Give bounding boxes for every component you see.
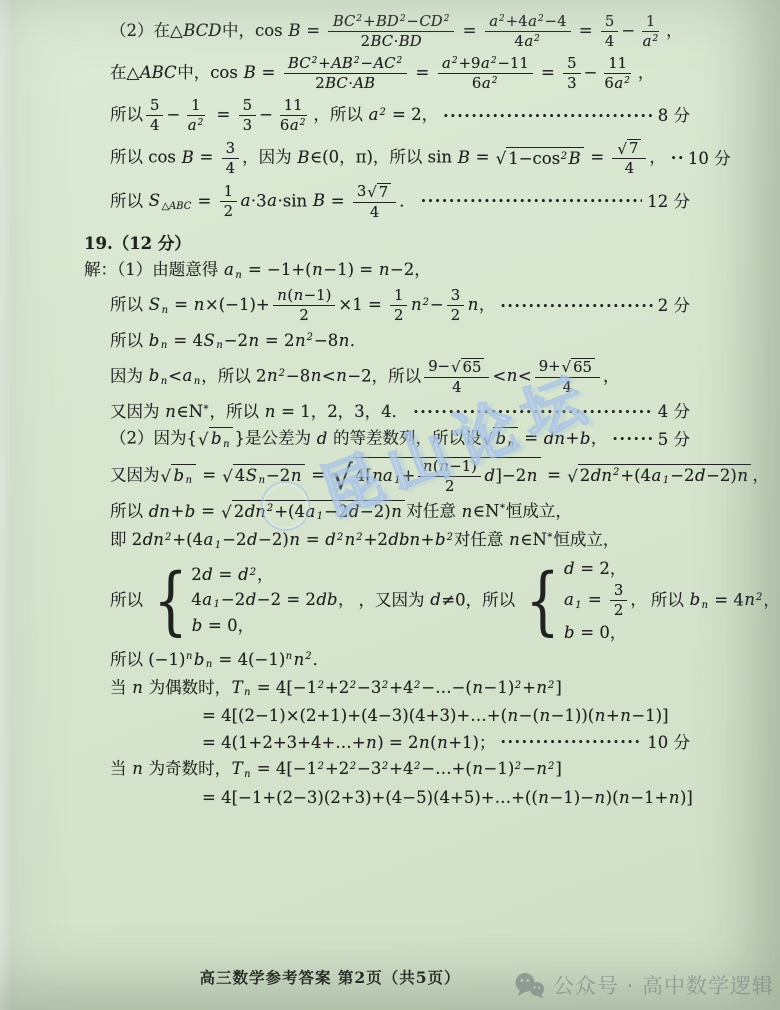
math-variable: dn bbox=[244, 502, 266, 521]
math-text: ，又因为 bbox=[359, 590, 430, 609]
math-variable: d bbox=[430, 590, 442, 609]
math-variable: BC bbox=[370, 32, 394, 50]
score-label: 4 分 bbox=[658, 401, 690, 422]
superscript: 2 bbox=[624, 76, 630, 86]
subscript: 1 bbox=[317, 511, 323, 522]
math-text: ×(−1)+ bbox=[205, 295, 270, 314]
subscript: n bbox=[194, 376, 200, 387]
math-variable: n bbox=[536, 678, 548, 697]
math-variable: b bbox=[193, 650, 205, 669]
math-line: 因为 bn<an，所以 2n2−8n<n−2，所以9−√654<n<9+√654… bbox=[110, 358, 690, 396]
fraction-numerator: 1 bbox=[220, 183, 237, 202]
radical: √bn bbox=[198, 427, 233, 451]
cases-row: d = 2， bbox=[563, 558, 626, 579]
math-text: 2 bbox=[234, 502, 245, 521]
math-text: 2 bbox=[315, 74, 324, 92]
math-text: − bbox=[584, 63, 598, 82]
subscript: n bbox=[216, 340, 222, 351]
math-variable: n bbox=[132, 678, 144, 697]
math-variable: n bbox=[366, 733, 378, 752]
math-text: = 4[(2−1)×(2+1)+(4−3)(4+3)+…+( bbox=[202, 706, 507, 725]
score-label: 10 分 bbox=[647, 732, 690, 753]
fraction: BC2+BD2−CD22BC·BD bbox=[328, 13, 454, 50]
superscript: 2 bbox=[382, 761, 388, 772]
radical-sign: √ bbox=[367, 185, 376, 200]
math-content: （2）在△BCD中，cos B = BC2+BD2−CD22BC·BD = a2… bbox=[110, 13, 683, 50]
math-text: 恒成立， bbox=[506, 502, 572, 521]
math-text: 为奇数时， bbox=[143, 759, 231, 778]
math-text: −2 bbox=[221, 590, 245, 609]
math-text: = bbox=[211, 105, 235, 124]
superscript: * bbox=[204, 404, 209, 415]
math-text: 4 bbox=[625, 159, 634, 177]
radical-sign: √ bbox=[198, 432, 209, 449]
math-line: 解：（1）由题意得 an = −1+(n−1) = n−2， bbox=[84, 259, 690, 282]
fraction-denominator: 2 bbox=[390, 306, 407, 324]
radical-body: 65 bbox=[571, 358, 595, 376]
math-text: − bbox=[166, 105, 180, 124]
math-variable: T bbox=[231, 759, 243, 778]
math-text: −11 bbox=[497, 54, 528, 72]
math-variable: S bbox=[148, 295, 160, 314]
math-content: 所以 Sn = n×(−1)+n(n−1)2×1 = 12n2−32n， bbox=[110, 287, 495, 324]
fraction: √74 bbox=[612, 139, 646, 177]
math-text: ， bbox=[752, 465, 769, 484]
math-text: ·3 bbox=[251, 191, 267, 210]
cases-rows: d = 2，a1 = 32，b = 0， bbox=[563, 558, 646, 644]
radical-sign: √ bbox=[161, 469, 172, 486]
math-text: 7 bbox=[379, 183, 388, 201]
math-text: ) = 2 bbox=[377, 733, 418, 752]
math-text: 1 bbox=[191, 96, 200, 114]
math-text: + bbox=[402, 466, 416, 485]
math-text: +2 bbox=[325, 759, 349, 778]
math-text: ， bbox=[638, 63, 655, 82]
math-text: + bbox=[363, 12, 375, 30]
math-text: 9+ bbox=[539, 357, 561, 375]
fraction: 116a2 bbox=[600, 55, 634, 92]
cases: {d = 2，a1 = 32，b = 0， bbox=[519, 558, 647, 644]
math-text: +(4 bbox=[274, 502, 305, 521]
math-variable: dn bbox=[543, 429, 565, 448]
math-text: 5 bbox=[150, 96, 159, 114]
math-variable: n bbox=[419, 733, 431, 752]
math-line: = 4(1+2+3+4+…+n) = 2n(n+1)；·············… bbox=[202, 732, 690, 753]
math-variable: n bbox=[509, 530, 521, 549]
superscript: 2 bbox=[350, 680, 356, 691]
math-text: ，所以 bbox=[209, 402, 264, 421]
math-text: ，所以 bbox=[313, 105, 368, 124]
math-text: ∈N bbox=[473, 502, 500, 521]
math-text: −2 = 2 bbox=[257, 590, 316, 609]
math-text: 因为 bbox=[110, 366, 148, 385]
math-variable: a bbox=[651, 466, 662, 485]
math-text: 所以 cos bbox=[110, 148, 181, 167]
math-variable: CD bbox=[419, 12, 443, 30]
math-variable: d bbox=[695, 466, 707, 485]
superscript: * bbox=[500, 503, 505, 514]
superscript: * bbox=[547, 532, 552, 543]
math-variable: n bbox=[539, 706, 551, 725]
radical-body: 4[na1+n(n−1)2d]−2n bbox=[353, 457, 541, 495]
math-variable: n bbox=[295, 331, 307, 350]
math-text: ∈N bbox=[520, 530, 547, 549]
math-variable: a bbox=[524, 32, 534, 50]
math-variable: B bbox=[181, 148, 194, 167]
cases: {2d = d2，4a1−2d−2 = 2db，b = 0， bbox=[147, 564, 355, 636]
math-variable: n bbox=[391, 502, 403, 521]
fraction-denominator: 3 bbox=[563, 74, 580, 92]
superscript: 2 bbox=[444, 14, 450, 24]
superscript: 2 bbox=[561, 151, 567, 162]
math-variable: n bbox=[526, 466, 538, 485]
math-variable: dn bbox=[590, 466, 612, 485]
fraction-denominator: 2 bbox=[441, 477, 458, 495]
math-line: 所以 (−1)nbn = 4(−1)nn2． bbox=[110, 649, 690, 672]
superscript: 2 bbox=[382, 680, 388, 691]
math-text: = bbox=[192, 191, 216, 210]
math-variable: dn bbox=[148, 502, 170, 521]
math-text: 当 bbox=[110, 759, 132, 778]
fraction: 34 bbox=[222, 140, 239, 177]
superscript: 2 bbox=[534, 34, 540, 44]
math-text: 恒成立， bbox=[553, 530, 619, 549]
math-line: 又因为 n∈N*，所以 n = 1，2，3，4．················… bbox=[110, 401, 690, 422]
math-text: = bbox=[169, 295, 193, 314]
fraction: 54 bbox=[601, 13, 618, 50]
cases-brace: { bbox=[154, 571, 188, 630]
superscript: 2 bbox=[165, 532, 171, 543]
math-text: ，因为 bbox=[242, 148, 297, 167]
fraction: 32 bbox=[610, 582, 627, 619]
math-text: 4 bbox=[191, 590, 202, 609]
superscript: 2 bbox=[499, 14, 505, 24]
superscript: 2 bbox=[452, 56, 458, 66]
subscript: 1 bbox=[394, 475, 400, 486]
math-text: = bbox=[197, 465, 221, 484]
math-text: 4 bbox=[235, 466, 246, 485]
fraction: 53 bbox=[239, 97, 256, 134]
radical-sign: √ bbox=[221, 505, 232, 522]
math-text: = bbox=[326, 191, 350, 210]
math-variable: BD bbox=[376, 12, 400, 30]
fraction-denominator: 3 bbox=[239, 116, 256, 134]
subscript: n bbox=[702, 600, 708, 611]
math-variable: a bbox=[240, 191, 251, 210]
math-text: +9 bbox=[459, 54, 481, 72]
fraction-numerator: BC2+AB2−AC2 bbox=[284, 55, 408, 74]
superscript: 2 bbox=[756, 592, 762, 603]
wechat-watermark-text: 公众号 · 高中数学逻辑 bbox=[553, 970, 774, 1000]
math-variable: n bbox=[264, 402, 276, 421]
radical-body: 65 bbox=[461, 358, 485, 376]
math-text: + bbox=[421, 530, 435, 549]
fraction-denominator: 4a2 bbox=[510, 32, 544, 50]
math-variable: b bbox=[563, 623, 575, 642]
math-content: = 4[−1+(2−3)(2+3)+(4−5)(4+5)+…+((n−1)−n)… bbox=[202, 787, 693, 808]
superscript: 2 bbox=[515, 761, 521, 772]
math-variable: a bbox=[305, 502, 316, 521]
fraction-numerator: 3 bbox=[222, 140, 239, 159]
math-text: −1) bbox=[449, 457, 477, 475]
math-text: 5 bbox=[567, 54, 576, 72]
math-text: 9− bbox=[428, 357, 450, 375]
math-variable: n bbox=[507, 706, 519, 725]
math-text: 即 2 bbox=[110, 530, 142, 549]
fraction: 1a2 bbox=[183, 97, 208, 134]
math-variable: B bbox=[297, 148, 310, 167]
math-text: = bbox=[583, 590, 607, 609]
subscript: n bbox=[259, 475, 265, 486]
math-variable: n bbox=[594, 788, 606, 807]
cases-row: a1 = 32， bbox=[563, 582, 646, 619]
score-label: 2 分 bbox=[658, 295, 690, 316]
math-variable: a bbox=[442, 54, 452, 72]
radical-sign: √ bbox=[331, 469, 353, 488]
math-variable: ABC bbox=[139, 63, 177, 82]
math-text: 为偶数时， bbox=[143, 678, 231, 697]
math-variable: n bbox=[289, 530, 301, 549]
math-variable: n bbox=[737, 466, 749, 485]
math-text: 4 bbox=[150, 116, 159, 134]
fraction-denominator: 4 bbox=[601, 32, 618, 50]
math-text: = 4(−1) bbox=[213, 650, 285, 669]
math-variable: n bbox=[266, 366, 278, 385]
math-text: − bbox=[259, 105, 273, 124]
math-text: = bbox=[519, 429, 543, 448]
fraction-numerator: 1 bbox=[390, 287, 407, 306]
math-text: −1) bbox=[484, 678, 515, 697]
superscript: 2 bbox=[300, 118, 306, 128]
math-text: −1) bbox=[484, 759, 515, 778]
math-text: = bbox=[306, 465, 330, 484]
fraction-numerator: 1 bbox=[642, 13, 659, 32]
fraction-denominator: 6a2 bbox=[600, 74, 634, 92]
superscript: 2 bbox=[492, 76, 498, 86]
superscript: 2 bbox=[613, 467, 619, 478]
math-text: 2 bbox=[361, 32, 370, 50]
math-text: = 4[−1 bbox=[252, 759, 318, 778]
math-text: 2 bbox=[191, 565, 202, 584]
math-variable: n bbox=[248, 331, 260, 350]
math-text: −1))( bbox=[551, 706, 595, 725]
math-text: = bbox=[301, 21, 325, 40]
math-text: 中，cos bbox=[177, 63, 243, 82]
math-variable: a bbox=[614, 74, 624, 92]
math-text: = bbox=[585, 148, 609, 167]
subscript: n bbox=[186, 475, 192, 486]
radical: √2dn2+(4a1−2d−2)n bbox=[221, 500, 405, 524]
math-text: 1 bbox=[646, 12, 655, 30]
fraction-denominator: 2BC·BD bbox=[357, 32, 427, 50]
subscript: n bbox=[161, 376, 167, 387]
math-text: 65 bbox=[573, 358, 592, 376]
fraction-denominator: 4 bbox=[621, 159, 638, 177]
math-text: ×1 = bbox=[338, 295, 387, 314]
math-text: −2， bbox=[390, 260, 431, 279]
math-text: ， bbox=[479, 295, 496, 314]
math-text: 4 bbox=[563, 378, 572, 396]
subscript: n bbox=[162, 305, 168, 316]
math-variable: d bbox=[563, 559, 575, 578]
math-text: = 1，2，3，4． bbox=[276, 402, 408, 421]
math-variable: BC bbox=[325, 74, 349, 92]
math-variable: n bbox=[290, 466, 302, 485]
superscript: 2 bbox=[414, 680, 420, 691]
math-content: 所以 S△ABC = 12a·3a·sin B = 3√74． bbox=[110, 183, 416, 221]
math-text: 3 bbox=[567, 74, 576, 92]
math-variable: AC bbox=[373, 54, 396, 72]
math-text: < bbox=[492, 366, 506, 385]
radical-body: bn bbox=[493, 427, 518, 451]
math-text: 3 bbox=[357, 182, 366, 200]
math-text: ( bbox=[430, 733, 436, 752]
math-text: ， bbox=[257, 565, 274, 584]
math-text: ∈(0，π)，所以 sin bbox=[310, 148, 457, 167]
score-label: 10 分 bbox=[688, 148, 731, 169]
math-text: −1)] bbox=[631, 706, 668, 725]
subscript: n bbox=[235, 270, 241, 281]
math-text: − bbox=[522, 759, 536, 778]
math-text: = 2， bbox=[575, 559, 626, 578]
math-variable: b bbox=[579, 429, 591, 448]
subscript: n bbox=[244, 769, 250, 780]
math-text: −2，所以 bbox=[347, 366, 421, 385]
math-variable: b bbox=[148, 366, 160, 385]
superscript: 2 bbox=[548, 761, 554, 772]
radical: √4Sn−2n bbox=[222, 464, 305, 488]
math-line: 所以 Sn = n×(−1)+n(n−1)2×1 = 12n2−32n，····… bbox=[110, 287, 690, 324]
math-content: 解：（1）由题意得 an = −1+(n−1) = n−2， bbox=[84, 259, 431, 282]
math-content: 又因为 n∈N*，所以 n = 1，2，3，4． bbox=[110, 401, 408, 422]
radical: √2dn2+(4a1−2d−2)n bbox=[567, 464, 751, 488]
superscript: 2 bbox=[356, 532, 362, 543]
math-text: + bbox=[606, 706, 620, 725]
math-variable: d bbox=[246, 530, 258, 549]
math-text: −2 bbox=[222, 530, 246, 549]
fraction: BC2+AB2−AC22BC·AB bbox=[284, 55, 408, 92]
math-variable: dn bbox=[142, 530, 164, 549]
math-text: +2 bbox=[364, 530, 388, 549]
radical: √bn bbox=[161, 464, 196, 488]
math-text: ] bbox=[555, 678, 561, 697]
math-variable: n bbox=[336, 366, 348, 385]
cases-row: 2d = d2， bbox=[191, 564, 273, 585]
radical-sign: √ bbox=[617, 142, 626, 157]
fraction: 9−√654 bbox=[424, 358, 489, 396]
math-variable: n bbox=[467, 295, 479, 314]
math-variable: b bbox=[184, 502, 196, 521]
math-text: ( bbox=[433, 457, 439, 475]
math-content: 又因为√bn = √4Sn−2n = √4[na1+n(n−1)2d]−2n =… bbox=[110, 457, 769, 495]
radical-body: 7 bbox=[627, 139, 641, 157]
cases-brace: { bbox=[526, 571, 560, 630]
math-variable: n bbox=[310, 366, 322, 385]
math-variable: n bbox=[594, 706, 606, 725]
math-text: 当 bbox=[110, 678, 132, 697]
radical-body: 2dn2+(4a1−2d−2)n bbox=[578, 464, 752, 488]
math-text: = bbox=[470, 148, 494, 167]
math-text: ， bbox=[649, 148, 666, 167]
math-variable: a bbox=[267, 191, 278, 210]
math-text: −…−( bbox=[421, 678, 472, 697]
fraction: a2+9a2−116a2 bbox=[438, 55, 533, 92]
math-text: = 4(1+2+3+4+…+ bbox=[202, 733, 366, 752]
math-text: −8 bbox=[286, 366, 310, 385]
math-text: 19.（12 分） bbox=[84, 234, 191, 253]
fraction-denominator: 2 bbox=[610, 601, 627, 619]
fraction-numerator: 1 bbox=[187, 97, 204, 116]
math-text: +1)； bbox=[448, 733, 495, 752]
fraction-numerator: 3 bbox=[447, 287, 464, 306]
math-text: 4[ bbox=[355, 466, 372, 485]
fraction-denominator: a2 bbox=[183, 116, 208, 134]
radical: √65 bbox=[451, 358, 484, 376]
math-text: 所以 bbox=[110, 105, 143, 124]
fraction-denominator: 2 bbox=[295, 306, 312, 324]
superscript: 2 bbox=[312, 56, 318, 66]
superscript: 2 bbox=[267, 503, 273, 514]
math-text: 2 bbox=[580, 466, 591, 485]
fraction: n(n−1)2 bbox=[273, 287, 336, 324]
math-line: 当 n 为偶数时，Tn = 4[−12+22−32+42−…−(n−1)2+n2… bbox=[110, 677, 690, 700]
math-text: = bbox=[256, 63, 280, 82]
math-variable: BC bbox=[288, 54, 312, 72]
fraction-denominator: 6a2 bbox=[468, 74, 502, 92]
math-text: = 0， bbox=[203, 616, 254, 635]
math-variable: n bbox=[410, 295, 422, 314]
fraction-numerator: 11 bbox=[280, 97, 307, 116]
math-text: −1) = bbox=[323, 260, 378, 279]
math-text: ·sin bbox=[278, 191, 313, 210]
subscript: 1 bbox=[663, 475, 669, 486]
math-line: 19.（12 分） bbox=[84, 233, 690, 254]
math-text: 7 bbox=[629, 139, 638, 157]
math-variable: a bbox=[202, 590, 213, 609]
math-text: −1)− bbox=[549, 788, 594, 807]
fraction: 54 bbox=[146, 97, 163, 134]
math-text: 又因为 bbox=[110, 465, 160, 484]
fraction: 116a2 bbox=[276, 97, 310, 134]
math-text: 6 bbox=[472, 74, 481, 92]
cases-row: b = 0， bbox=[563, 622, 626, 643]
math-variable: b bbox=[148, 331, 160, 350]
math-text: +4 bbox=[389, 678, 413, 697]
math-variable: n bbox=[132, 759, 144, 778]
math-variable: a bbox=[481, 74, 491, 92]
math-text: −3 bbox=[357, 678, 381, 697]
math-variable: n bbox=[378, 260, 390, 279]
math-text: −8 bbox=[314, 331, 338, 350]
math-variable: d bbox=[238, 565, 250, 584]
cases-rows: 2d = d2，4a1−2d−2 = 2db，b = 0， bbox=[191, 564, 354, 636]
fraction-denominator: 2 bbox=[220, 202, 237, 220]
superscript: 2 bbox=[447, 532, 453, 543]
math-line: （2）因为{√bn}是公差为 d 的等差数列，所以设√bn = dn+b，···… bbox=[110, 427, 690, 451]
math-text: −2 bbox=[670, 466, 694, 485]
dotted-leader: ········································… bbox=[421, 191, 643, 211]
superscript: 2 bbox=[356, 14, 362, 24]
math-variable: b bbox=[211, 429, 223, 448]
math-variable: a bbox=[187, 116, 197, 134]
math-text: − bbox=[430, 295, 444, 314]
math-text: 65 bbox=[463, 358, 482, 376]
math-text: = bbox=[457, 21, 481, 40]
radical-sign: √ bbox=[562, 360, 571, 375]
superscript: 2 bbox=[400, 14, 406, 24]
math-text: 中，cos bbox=[222, 21, 288, 40]
subscript: n bbox=[161, 340, 167, 351]
